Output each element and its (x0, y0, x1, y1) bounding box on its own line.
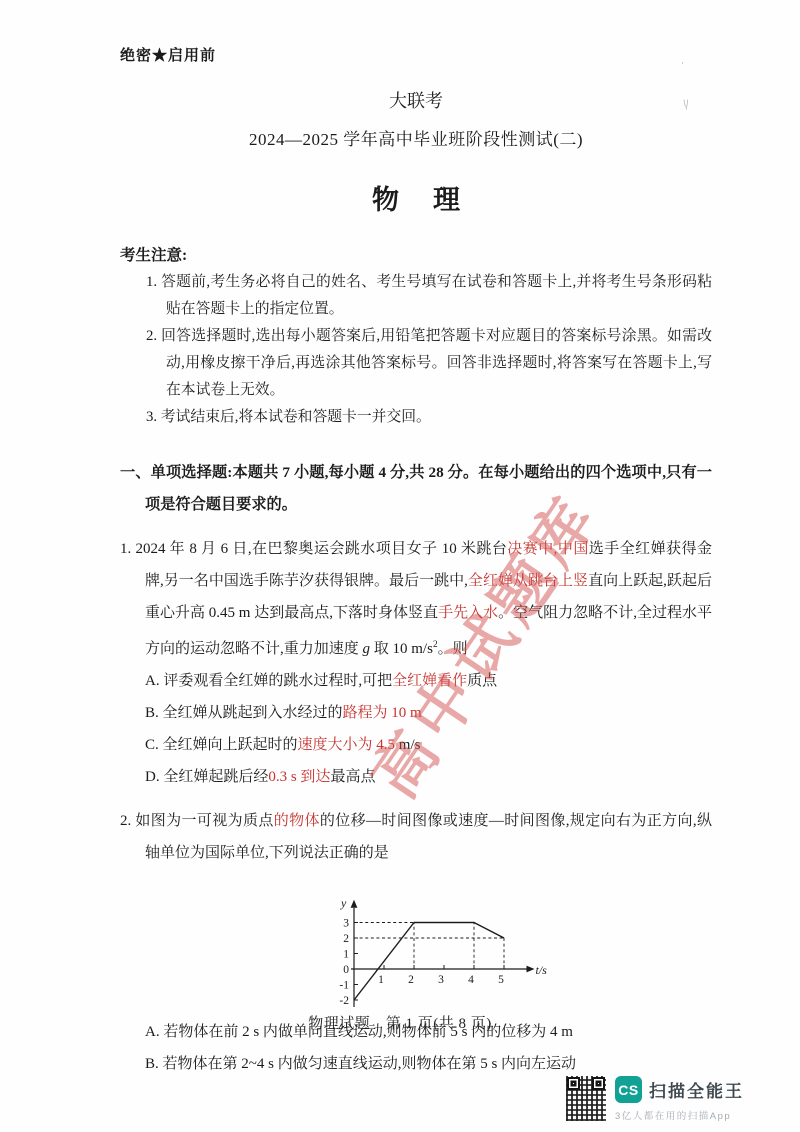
subject-title: 物理 (120, 178, 712, 217)
exam-page: · \| 绝密★启用前 大联考 2024—2025 学年高中毕业班阶段性测试(二… (0, 0, 800, 1132)
svg-text:-2: -2 (339, 995, 349, 1007)
section-heading: 一、单项选择题:本题共 7 小题,每小题 4 分,共 28 分。在每小题给出的四… (120, 457, 712, 521)
svg-text:t/s: t/s (536, 963, 548, 977)
svg-text:2: 2 (343, 933, 349, 945)
exam-brand: 大联考 (120, 87, 712, 113)
motion-graph: 12345-2-10123yt/s (326, 877, 570, 1009)
question-2: 2. 如图为一可视为质点的物体的位移—时间图像或速度—时间图像,规定向右为正方向… (120, 805, 712, 1080)
scanner-app-name: 扫描全能王 (649, 1077, 744, 1102)
notice-item: 2. 回答选择题时,选出每小题答案后,用铅笔把答题卡对应题目的答案标号涂黑。如需… (146, 323, 712, 404)
svg-text:y: y (340, 896, 347, 910)
notice-item: 3. 考试结束后,将本试卷和答题卡一并交回。 (146, 404, 712, 431)
title-block: 大联考 2024—2025 学年高中毕业班阶段性测试(二) 物理 (120, 87, 712, 217)
scanner-app-tagline: 3亿人都在用的扫描App (615, 1108, 744, 1122)
notice-item: 1. 答题前,考生务必将自己的姓名、考生号填写在试卷和答题卡上,并将考生号条形码… (146, 269, 712, 323)
scanner-badge-text: CS 扫描全能王 3亿人都在用的扫描App (615, 1076, 744, 1122)
classification-label: 绝密★启用前 (120, 44, 712, 65)
notice-heading: 考生注意: (120, 243, 712, 265)
svg-text:4: 4 (468, 974, 474, 986)
camscanner-logo-icon: CS (615, 1076, 642, 1103)
svg-text:3: 3 (438, 974, 444, 986)
q1-option-d: D. 全红婵起跳后经0.3 s 到达最高点 (145, 761, 712, 793)
q1-option-c: C. 全红婵向上跃起时的速度大小为 4.5 m/s (145, 729, 712, 761)
svg-text:0: 0 (343, 964, 349, 976)
q1-stem: 1. 2024 年 8 月 6 日,在巴黎奥运会跳水项目女子 10 米跳台决赛中… (120, 533, 712, 665)
qr-code (566, 1076, 606, 1121)
q1-option-b: B. 全红婵从跳起到入水经过的路程为 10 m (145, 697, 712, 729)
svg-text:-1: -1 (339, 980, 349, 992)
page-footer: 物理试题 第 1 页(共 8 页) (0, 1012, 800, 1033)
motion-graph-figure: 12345-2-10123yt/s (326, 877, 712, 1014)
svg-text:1: 1 (378, 974, 384, 986)
scanner-app-badge: CS 扫描全能王 3亿人都在用的扫描App (566, 1076, 744, 1122)
q2-stem: 2. 如图为一可视为质点的物体的位移—时间图像或速度—时间图像,规定向右为正方向… (120, 805, 712, 869)
svg-text:5: 5 (498, 974, 504, 986)
exam-session: 2024—2025 学年高中毕业班阶段性测试(二) (120, 125, 712, 150)
svg-text:3: 3 (343, 918, 349, 930)
svg-text:1: 1 (343, 949, 349, 961)
page-content: 绝密★启用前 大联考 2024—2025 学年高中毕业班阶段性测试(二) 物理 … (120, 44, 712, 1080)
q1-option-a: A. 评委观看全红婵的跳水过程时,可把全红婵看作质点 (145, 665, 712, 697)
candidate-notice: 考生注意: 1. 答题前,考生务必将自己的姓名、考生号填写在试卷和答题卡上,并将… (120, 243, 712, 431)
question-1: 1. 2024 年 8 月 6 日,在巴黎奥运会跳水项目女子 10 米跳台决赛中… (120, 533, 712, 793)
svg-text:2: 2 (408, 974, 414, 986)
